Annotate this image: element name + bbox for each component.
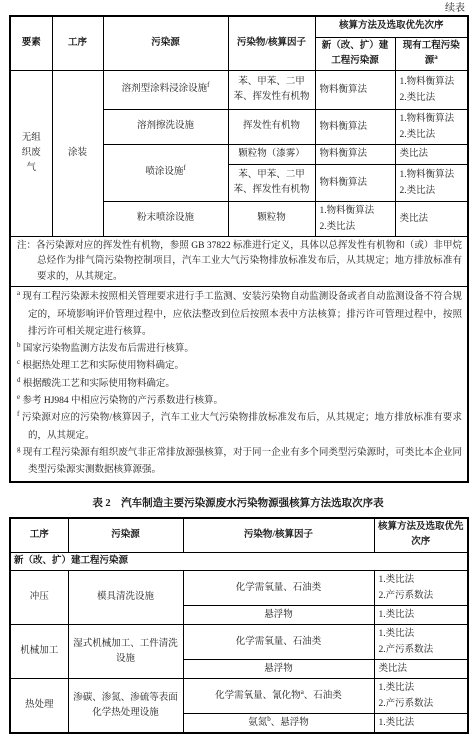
factor-label: 悬浮物 <box>264 664 293 674</box>
t2-section-row: 新（改、扩）建工程污染源 <box>10 553 468 571</box>
t1-note-cell: 注：各污染源对应的挥发性有机物，参照 GB 37822 标准进行定义，具体以总挥… <box>10 236 468 287</box>
footnote-mark: f <box>17 410 19 418</box>
t1-element-label: 无组织废气 <box>21 131 42 176</box>
wastewater-accounting-table: 工序 污染源 污染物/核算因子 核算方法及选取优先次序 新（改、扩）建工程污染源… <box>9 517 469 734</box>
table2-title: 表 2 汽车制造主要污染源废水污染物源强核算方法选取次序表 <box>9 497 467 511</box>
footnote-e: e 参考 HJ984 中相应污染物的产污系数进行核算。 <box>17 393 462 410</box>
t2-header-factor: 污染物/核算因子 <box>183 518 374 553</box>
t1-source-cell: 喷涂设施f <box>103 144 228 201</box>
footnote-mark: g <box>17 445 21 453</box>
t1-header-method-new: 新（改、扩）建工程污染源 <box>315 37 395 70</box>
factor-label: 化学需氧量、石油类 <box>236 637 322 647</box>
t1-note-row: 注：各污染源对应的挥发性有机物，参照 GB 37822 标准进行定义，具体以总挥… <box>10 236 468 287</box>
footnote-b: b 国家污染物监测方法发布后需进行核算。 <box>17 341 462 358</box>
footnote-text: 现有工程污染源未按照相关管理要求进行手工监测、安装污染物自动监测设备或者自动监测… <box>23 292 462 337</box>
t2-row-heat-treatment-1: 热处理 渗碳、渗氮、渗硫等表面化学热处理设施 化学需氧量、氰化物a、石油类 1.… <box>10 679 468 714</box>
footnote-text: 根据热处理工艺和实际使用物料确定。 <box>22 361 184 371</box>
continued-table-label: 续表 <box>9 2 467 15</box>
t2-process-cell: 冲压 <box>10 571 68 625</box>
t2-factor-cell: 氨氮b、悬浮物 <box>183 714 374 734</box>
t1-header-factor: 污染物/核算因子 <box>228 16 315 70</box>
t1-factor-cell: 苯、甲苯、二甲苯、挥发性有机物 <box>228 164 315 201</box>
t1-header-method-existing: 现有工程污染源a <box>395 37 468 70</box>
t1-header-row-1: 要素 工序 污染源 污染物/核算因子 核算方法及选取优先次序 <box>10 16 468 37</box>
t1-method-new-cell: 物料衡算法 <box>315 109 395 144</box>
factor-label: 化学需氧量、氰化物 <box>215 691 301 701</box>
footnote-text: 根据酸洗工艺和实际使用物料确定。 <box>23 379 175 389</box>
t2-source-cell: 湿式机械加工、工件清洗设施 <box>68 625 183 679</box>
t2-row-machining-1: 机械加工 湿式机械加工、工件清洗设施 化学需氧量、石油类 1.类比法 2.产污系… <box>10 625 468 660</box>
table-note: 注：各污染源对应的挥发性有机物，参照 GB 37822 标准进行定义，具体以总挥… <box>17 239 462 286</box>
t1-method-new-cell: 物料衡算法 <box>315 144 395 164</box>
t2-method-cell: 1.类比法 2.产污系数法 <box>374 625 468 660</box>
t2-header-source: 污染源 <box>68 518 183 553</box>
footnote-text: 国家污染物监测方法发布后需进行核算。 <box>23 344 194 354</box>
t2-row-stamping-1: 冲压 模具清洗设施 化学需氧量、石油类 1.类比法 2.产污系数法 <box>10 571 468 606</box>
t1-header-element: 要素 <box>10 16 52 70</box>
t2-source-cell: 渗碳、渗氮、渗硫等表面化学热处理设施 <box>68 679 183 734</box>
footnote-d: d 根据酸洗工艺和实际使用物料确定。 <box>17 376 462 393</box>
source-label: 喷涂设施 <box>145 167 183 177</box>
t1-method-existing-cell: 1.物料衡算法 2.类比法 <box>395 164 468 201</box>
t2-header-method: 核算方法及选取优先次序 <box>374 518 468 553</box>
t1-footnotes-cell: a 现有工程污染源未按照相关管理要求进行手工监测、安装污染物自动监测设备或者自动… <box>10 287 468 482</box>
factor-label-post: 、石油类 <box>304 691 342 701</box>
t1-source-cell: 溶剂擦洗设施 <box>103 109 228 144</box>
t2-method-cell: 类比法 <box>374 660 468 679</box>
t2-factor-cell: 化学需氧量、石油类 <box>183 571 374 606</box>
t2-source-cell: 模具清洗设施 <box>68 571 183 625</box>
factor-label: 悬浮物 <box>264 610 293 620</box>
footnote-mark: e <box>17 393 20 401</box>
t1-method-existing-cell: 1.物料衡算法 2.类比法 <box>395 109 468 144</box>
footnote-mark: c <box>17 358 20 366</box>
t1-header-method-existing-label: 现有工程污染源 <box>403 41 460 66</box>
t2-factor-cell: 悬浮物 <box>183 660 374 679</box>
footnote-text: 污染源对应的污染物/核算因子，汽车工业大气污染物排放标准发布后，从其规定；地方排… <box>22 413 462 440</box>
footnote-mark: f <box>207 81 209 89</box>
source-label: 溶剂擦洗设施 <box>137 121 194 131</box>
t2-process-cell: 热处理 <box>10 679 68 734</box>
footnote-mark: b <box>17 341 21 349</box>
t1-factor-cell: 苯、甲苯、二甲苯、挥发性有机物 <box>228 70 315 109</box>
footnote-text: 现有工程污染源有组织废气非正常排放源强核算，对于同一企业有多个同类型污染源时，可… <box>23 448 462 475</box>
t1-method-new-cell: 物料衡算法 <box>315 70 395 109</box>
footnote-a: a 现有工程污染源未按照相关管理要求进行手工监测、安装污染物自动监测设备或者自动… <box>17 289 462 341</box>
note-text: 各污染源对应的挥发性有机物，参照 GB 37822 标准进行定义，具体以总挥发性… <box>36 241 462 282</box>
t1-method-existing-cell: 类比法 <box>395 201 468 236</box>
t1-method-new-cell: 1.物料衡算法 2.类比法 <box>315 201 395 236</box>
factor-label-post: 、悬浮物 <box>271 718 309 728</box>
t1-factor-cell: 颗粒物 <box>228 201 315 236</box>
footnote-g: g 现有工程污染源有组织废气非正常排放源强核算，对于同一企业有多个同类型污染源时… <box>17 445 462 480</box>
t2-method-cell: 1.类比法 2.产污系数法 <box>374 679 468 714</box>
t2-header-process: 工序 <box>10 518 68 553</box>
t1-method-new-cell: 物料衡算法 <box>315 164 395 201</box>
t2-section-label: 新（改、扩）建工程污染源 <box>10 553 468 571</box>
t1-header-source: 污染源 <box>103 16 228 70</box>
t1-footnotes-row: a 现有工程污染源未按照相关管理要求进行手工监测、安装污染物自动监测设备或者自动… <box>10 287 468 482</box>
t1-header-method-group: 核算方法及选取优先次序 <box>315 16 468 37</box>
t1-factor-cell: 挥发性有机物 <box>228 109 315 144</box>
footnote-text: 参考 HJ984 中相应污染物的产污系数进行核算。 <box>22 396 223 406</box>
t2-header-row: 工序 污染源 污染物/核算因子 核算方法及选取优先次序 <box>10 518 468 553</box>
t2-factor-cell: 化学需氧量、氰化物a、石油类 <box>183 679 374 714</box>
t2-factor-cell: 悬浮物 <box>183 606 374 625</box>
t1-method-existing-cell: 1.物料衡算法 2.类比法 <box>395 70 468 109</box>
footnote-mark: a <box>17 289 20 297</box>
air-pollutant-accounting-table: 要素 工序 污染源 污染物/核算因子 核算方法及选取优先次序 新（改、扩）建工程… <box>9 15 469 483</box>
t1-method-existing-cell: 类比法 <box>395 144 468 164</box>
factor-label: 化学需氧量、石油类 <box>236 583 322 593</box>
t1-process-cell: 涂装 <box>52 70 103 236</box>
footnote-mark: f <box>183 164 185 172</box>
t2-method-cell: 1.类比法 2.产污系数法 <box>374 571 468 606</box>
source-label: 溶剂型涂料浸涂设施 <box>122 84 208 94</box>
t1-element-cell: 无组织废气 <box>10 70 52 236</box>
t1-header-existing-footnote-mark: a <box>434 52 438 60</box>
note-prefix: 注： <box>17 241 36 251</box>
factor-label: 氨氮 <box>248 718 267 728</box>
t2-method-cell: 1.类比法 <box>374 606 468 625</box>
footnote-c: c 根据热处理工艺和实际使用物料确定。 <box>17 358 462 375</box>
footnote-mark: d <box>17 376 21 384</box>
source-label: 粉末喷涂设施 <box>137 213 194 223</box>
t1-header-process: 工序 <box>52 16 103 70</box>
t2-process-cell: 机械加工 <box>10 625 68 679</box>
t2-factor-cell: 化学需氧量、石油类 <box>183 625 374 660</box>
t1-row-solvent-dip: 无组织废气 涂装 溶剂型涂料浸涂设施f 苯、甲苯、二甲苯、挥发性有机物 物料衡算… <box>10 70 468 109</box>
t1-source-cell: 溶剂型涂料浸涂设施f <box>103 70 228 109</box>
footnote-f: f 污染源对应的污染物/核算因子，汽车工业大气污染物排放标准发布后，从其规定；地… <box>17 410 462 445</box>
t2-method-cell: 1.类比法 <box>374 714 468 734</box>
t1-source-cell: 粉末喷涂设施 <box>103 201 228 236</box>
t1-factor-cell: 颗粒物（漆雾） <box>228 144 315 164</box>
document-page: 续表 要素 工序 污染源 污染物/核算因子 核算方法及选取优先次序 新（改、扩）… <box>0 0 476 721</box>
